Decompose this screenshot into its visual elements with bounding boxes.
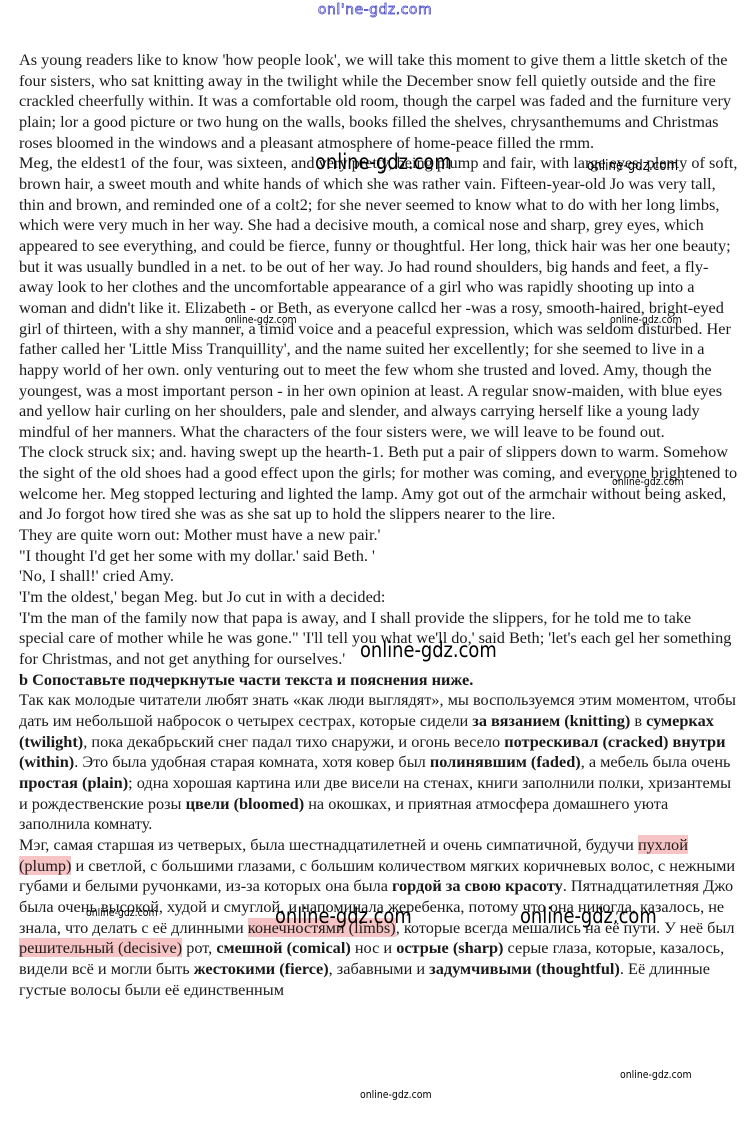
dialogue-line: 'I'm the oldest,' began Meg. but Jo cut …	[19, 587, 739, 608]
vocab-term: жестокими (fierce)	[194, 959, 329, 978]
text: , а мебель была очень	[581, 752, 731, 771]
english-paragraph-1: As young readers like to know 'how peopl…	[19, 50, 739, 153]
top-watermark: onl'ne-gdz.com	[0, 2, 750, 18]
vocab-term: задумчивыми (thoughtful)	[429, 959, 620, 978]
watermark: online-gdz.com	[275, 904, 412, 928]
watermark: online-gdz.com	[86, 906, 158, 919]
vocab-term: за вязанием (knitting)	[472, 711, 630, 730]
dialogue-line: "I thought I'd get her some with my doll…	[19, 546, 739, 567]
text: рот,	[182, 938, 216, 957]
vocab-term: простая (plain)	[19, 773, 128, 792]
text: Мэг, самая старшая из четверых, была шес…	[19, 835, 638, 854]
vocab-term: смешной (comical)	[216, 938, 350, 957]
watermark: online-gdz.com	[360, 1088, 432, 1101]
task-heading: b Сопоставьте подчеркнутые части текста …	[19, 670, 739, 691]
highlighted-term: решительный (decisive)	[19, 938, 182, 957]
dialogue-line: 'No, I shall!' cried Amy.	[19, 566, 739, 587]
document-page: As young readers like to know 'how peopl…	[19, 50, 739, 1000]
watermark: online-gdz.com	[360, 638, 497, 662]
dialogue-line: They are quite worn out: Mother must hav…	[19, 525, 739, 546]
text: , пока декабрьский снег падал тихо снару…	[83, 732, 504, 751]
watermark: online-gdz.com	[587, 158, 678, 174]
watermark: online-gdz.com	[612, 475, 684, 488]
vocab-term: полинявшим (faded)	[430, 752, 581, 771]
text: нос и	[351, 938, 396, 957]
watermark: online-gdz.com	[225, 313, 297, 326]
text: в	[630, 711, 646, 730]
text: . Это была удобная старая комната, хотя …	[74, 752, 430, 771]
english-paragraph-2: Meg, the eldest1 of the four, was sixtee…	[19, 153, 739, 442]
watermark: online-gdz.com	[620, 1068, 692, 1081]
russian-paragraph-1: Так как молодые читатели любят знать «ка…	[19, 690, 739, 835]
vocab-term: цвели (bloomed)	[186, 794, 305, 813]
watermark: online-gdz.com	[315, 150, 452, 174]
vocab-term: гордой за свою красоту	[392, 876, 563, 895]
watermark: online-gdz.com	[520, 904, 657, 928]
watermark: online-gdz.com	[610, 313, 682, 326]
vocab-term: острые (sharp)	[396, 938, 503, 957]
text: , забавными и	[329, 959, 430, 978]
